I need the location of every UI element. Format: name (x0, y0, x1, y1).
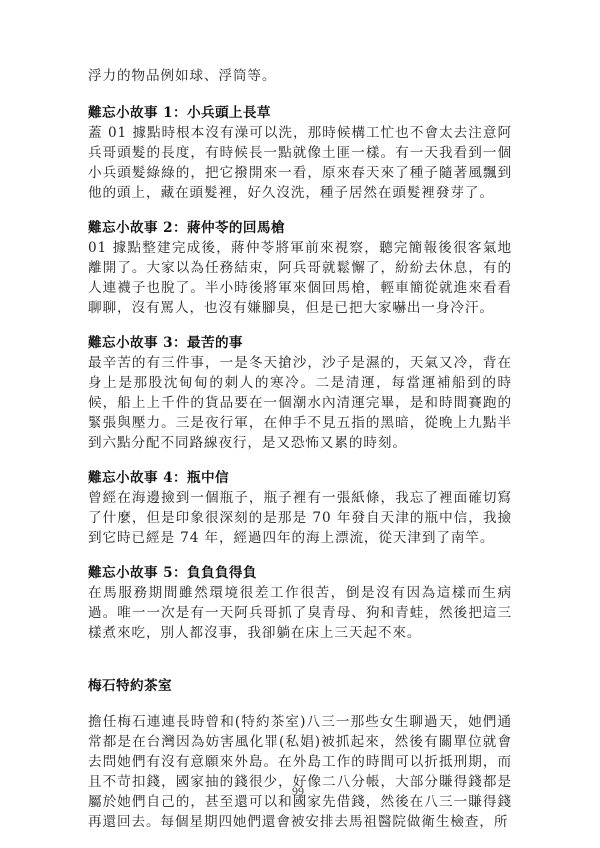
spacer (88, 318, 512, 333)
story-heading: 難忘小故事 5：負負負得負 (88, 563, 512, 583)
spacer (88, 548, 512, 563)
story-heading: 難忘小故事 2：蔣仲苓的回馬槍 (88, 218, 512, 238)
story-body: 蓋 01 據點時根本沒有澡可以洗，那時候構工忙也不會太去注意阿兵哥頭髮的長度，有… (88, 123, 512, 203)
spacer (88, 86, 512, 103)
story-body: 01 據點整建完成後，蔣仲苓將軍前來視察，聽完簡報後很客氣地離開了。大家以為任務… (88, 238, 512, 318)
story-5: 難忘小故事 5：負負負得負 在馬服務期間雖然環境很差工作很苦，倒是沒有因為這樣而… (88, 563, 512, 643)
story-heading: 難忘小故事 4：瓶中信 (88, 468, 512, 488)
story-body: 曾經在海邊撿到一個瓶子，瓶子裡有一張紙條，我忘了裡面確切寫了什麼，但是印象很深刻… (88, 488, 512, 548)
document-page: 浮力的物品例如球、浮筒等。 難忘小故事 1：小兵頭上長草 蓋 01 據點時根本沒… (88, 66, 512, 832)
story-2: 難忘小故事 2：蔣仲苓的回馬槍 01 據點整建完成後，蔣仲苓將軍前來視察，聽完簡… (88, 218, 512, 318)
spacer (88, 643, 512, 676)
intro-line: 浮力的物品例如球、浮筒等。 (88, 66, 512, 86)
story-body: 最辛苦的有三件事，一是冬天搶沙，沙子是濕的，天氣又冷，背在身上是那股沈甸甸的刺人… (88, 353, 512, 453)
spacer (88, 453, 512, 468)
section-title: 梅石特約茶室 (88, 676, 512, 696)
section-body: 擔任梅石連連長時曾和(特約茶室)八三一那些女生聊過天，她們通常都是在台灣因為妨害… (88, 712, 512, 832)
story-4: 難忘小故事 4：瓶中信 曾經在海邊撿到一個瓶子，瓶子裡有一張紙條，我忘了裡面確切… (88, 468, 512, 548)
page-number: 99 (0, 784, 596, 799)
story-heading: 難忘小故事 3：最苦的事 (88, 333, 512, 353)
story-heading: 難忘小故事 1：小兵頭上長草 (88, 103, 512, 123)
story-body: 在馬服務期間雖然環境很差工作很苦，倒是沒有因為這樣而生病過。唯一一次是有一天阿兵… (88, 583, 512, 643)
section-tea-house: 梅石特約茶室 擔任梅石連連長時曾和(特約茶室)八三一那些女生聊過天，她們通常都是… (88, 676, 512, 832)
story-3: 難忘小故事 3：最苦的事 最辛苦的有三件事，一是冬天搶沙，沙子是濕的，天氣又冷，… (88, 333, 512, 453)
story-1: 難忘小故事 1：小兵頭上長草 蓋 01 據點時根本沒有澡可以洗，那時候構工忙也不… (88, 103, 512, 203)
spacer (88, 696, 512, 712)
spacer (88, 203, 512, 218)
